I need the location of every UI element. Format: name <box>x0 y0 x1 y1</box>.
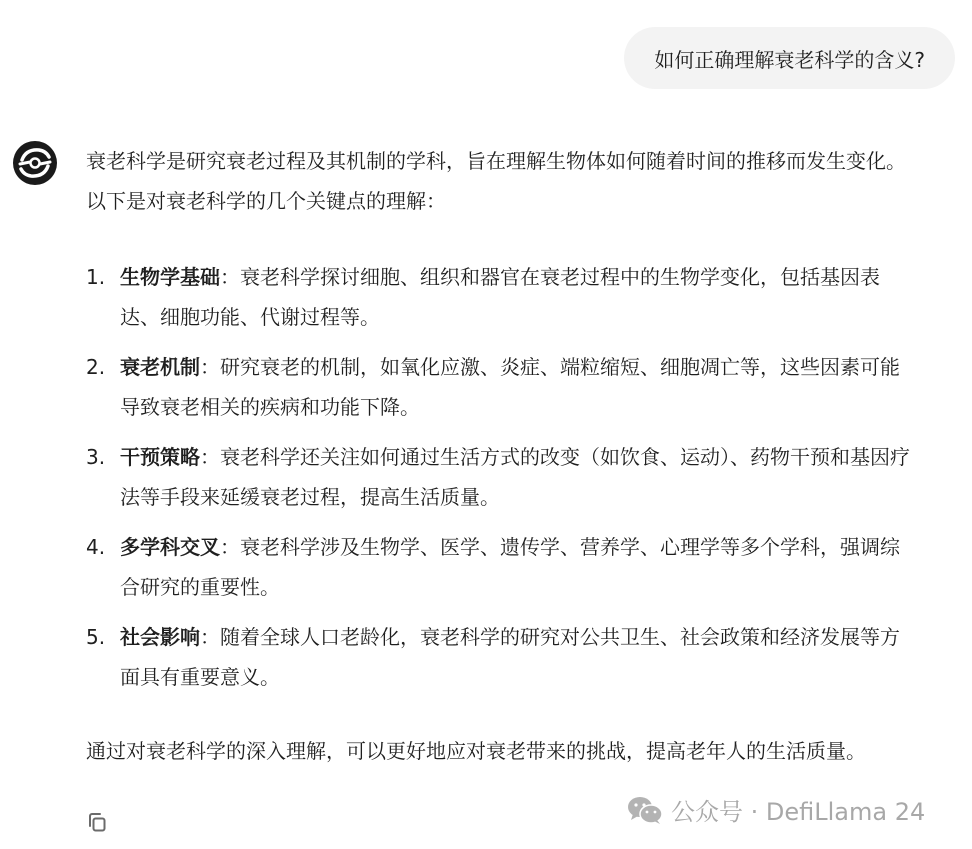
list-number: 5. <box>86 617 105 657</box>
list-item: 3. 干预策略：衰老科学还关注如何通过生活方式的改变（如饮食、运动）、药物干预和… <box>86 437 916 517</box>
list-item: 1. 生物学基础：衰老科学探讨细胞、组织和器官在衰老过程中的生物学变化，包括基因… <box>86 257 916 337</box>
list-number: 1. <box>86 257 105 297</box>
conclusion-paragraph: 通过对衰老科学的深入理解，可以更好地应对衰老带来的挑战，提高老年人的生活质量。 <box>86 731 916 771</box>
assistant-message: 衰老科学是研究衰老过程及其机制的学科，旨在理解生物体如何随着时间的推移而发生变化… <box>86 141 916 771</box>
copy-button[interactable] <box>85 811 109 835</box>
key-points-list: 1. 生物学基础：衰老科学探讨细胞、组织和器官在衰老过程中的生物学变化，包括基因… <box>86 257 916 697</box>
list-item: 4. 多学科交叉：衰老科学涉及生物学、医学、遗传学、营养学、心理学等多个学科，强… <box>86 527 916 607</box>
intro-paragraph: 衰老科学是研究衰老过程及其机制的学科，旨在理解生物体如何随着时间的推移而发生变化… <box>86 141 916 221</box>
list-item: 2. 衰老机制：研究衰老的机制，如氧化应激、炎症、端粒缩短、细胞凋亡等，这些因素… <box>86 347 916 427</box>
wechat-icon <box>627 795 663 825</box>
watermark: 公众号 · DefiLlama 24 <box>627 792 925 827</box>
list-item-text: 随着全球人口老龄化，衰老科学的研究对公共卫生、社会政策和经济发展等方面具有重要意… <box>120 625 900 689</box>
list-item-title: 干预策略 <box>120 445 200 469</box>
list-number: 3. <box>86 437 105 477</box>
list-number: 4. <box>86 527 105 567</box>
list-item-separator: ： <box>220 535 240 559</box>
list-item-title: 衰老机制 <box>120 355 200 379</box>
list-item-separator: ： <box>200 445 220 469</box>
user-message-bubble: 如何正确理解衰老科学的含义? <box>624 27 955 89</box>
list-number: 2. <box>86 347 105 387</box>
list-item-separator: ： <box>220 265 240 289</box>
list-item-title: 生物学基础 <box>120 265 220 289</box>
list-item-separator: ： <box>200 355 220 379</box>
user-message-text: 如何正确理解衰老科学的含义? <box>654 44 925 73</box>
assistant-logo-icon <box>12 140 58 186</box>
list-item-text: 衰老科学还关注如何通过生活方式的改变（如饮食、运动）、药物干预和基因疗法等手段来… <box>120 445 910 509</box>
list-item-text: 研究衰老的机制，如氧化应激、炎症、端粒缩短、细胞凋亡等，这些因素可能导致衰老相关… <box>120 355 900 419</box>
copy-icon <box>85 811 109 835</box>
list-item-title: 多学科交叉 <box>120 535 220 559</box>
list-item-separator: ： <box>200 625 220 649</box>
list-item-title: 社会影响 <box>120 625 200 649</box>
list-item: 5. 社会影响：随着全球人口老龄化，衰老科学的研究对公共卫生、社会政策和经济发展… <box>86 617 916 697</box>
watermark-text: 公众号 · DefiLlama 24 <box>671 792 925 827</box>
